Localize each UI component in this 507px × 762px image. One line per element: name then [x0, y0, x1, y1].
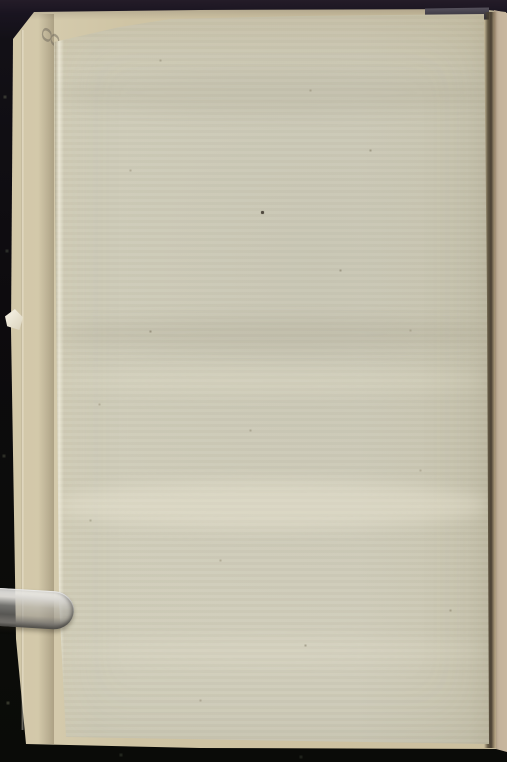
scan-band — [53, 481, 490, 529]
binding-stub-shadow — [38, 14, 54, 744]
book-scan-stage: 8 — [0, 0, 507, 762]
metal-clip — [0, 587, 75, 630]
scan-band — [53, 73, 490, 113]
paper-fleck — [261, 211, 264, 214]
main-page — [53, 13, 490, 745]
scan-band — [53, 319, 490, 349]
scan-band — [53, 368, 490, 394]
scan-band — [53, 637, 490, 665]
scanner-background-dust — [0, 0, 2, 2]
